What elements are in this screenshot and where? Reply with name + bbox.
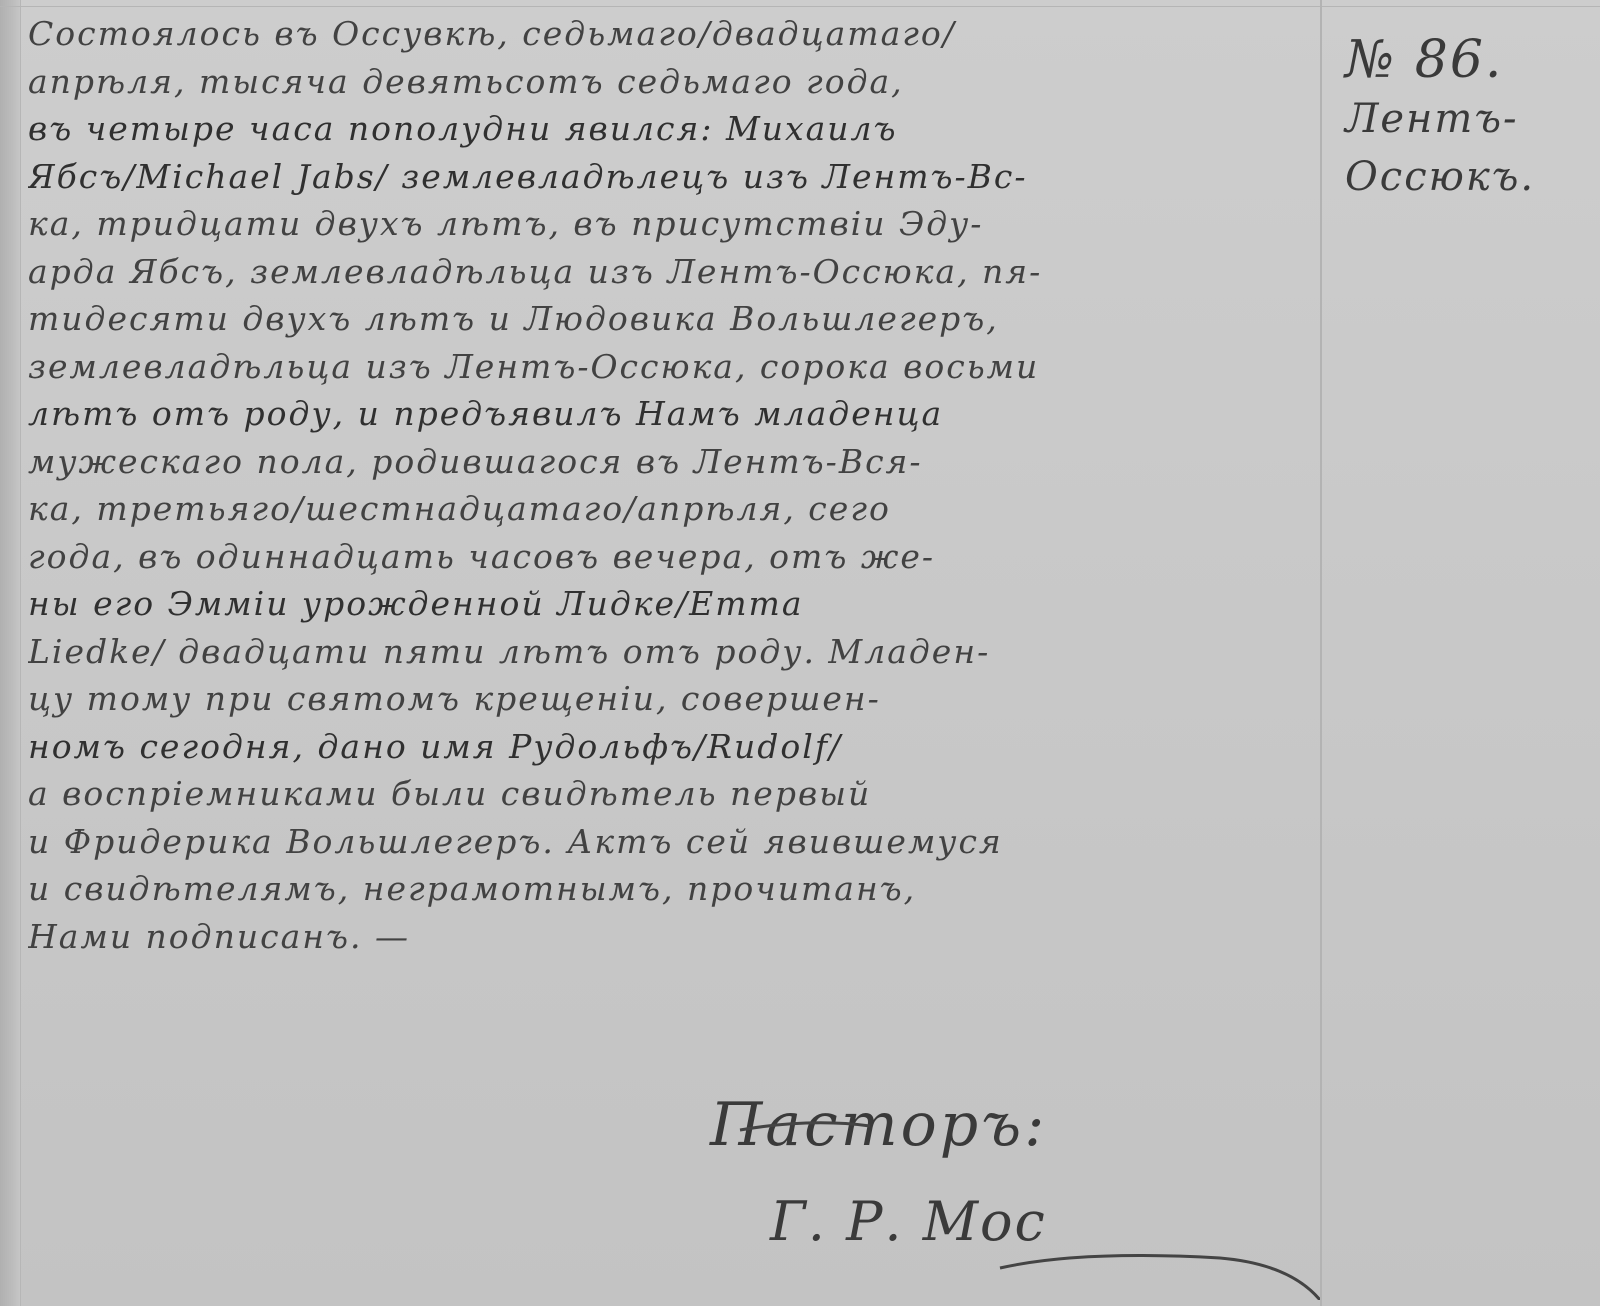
record-body: Состоялось въ Оссувкѣ, седьмаго/двадцата… bbox=[28, 10, 1318, 960]
top-ruled-line bbox=[0, 6, 1600, 7]
record-line-3: въ четыре часа пополудни явился: Михаилъ bbox=[28, 105, 1318, 153]
record-line-14: Liedke/ двадцати пяти лѣтъ отъ роду. Мла… bbox=[28, 628, 1318, 676]
record-line-16: номъ сегодня, дано имя Рудольфъ/Rudolf/ bbox=[28, 723, 1318, 771]
record-line-17: а воспріемниками были свидѣтель первый bbox=[28, 770, 1318, 818]
record-line-20: Нами подписанъ. — bbox=[28, 913, 1318, 961]
record-line-11: ка, третьяго/шестнадцатаго/апрѣля, сего bbox=[28, 485, 1318, 533]
margin-place-line-1: Лентъ- bbox=[1345, 90, 1575, 148]
record-number: № 86. bbox=[1345, 30, 1575, 90]
page-binding-edge bbox=[0, 0, 21, 1306]
record-line-9: лѣтъ отъ роду, и предъявилъ Намъ младенц… bbox=[28, 390, 1318, 438]
record-line-19: и свидѣтелямъ, неграмотнымъ, прочитанъ, bbox=[28, 865, 1318, 913]
record-line-13: ны его Эмміи урожденной Лидке/Emma bbox=[28, 580, 1318, 628]
margin-annotation: № 86. Лентъ- Оссюкъ. bbox=[1345, 30, 1575, 206]
pastor-signature-block: Пасторъ: Г. Р. Мос bbox=[700, 1080, 1320, 1300]
margin-place-line-2: Оссюкъ. bbox=[1345, 148, 1575, 206]
signature-flourish-icon bbox=[700, 1080, 1320, 1300]
record-line-5: ка, тридцати двухъ лѣтъ, въ присутствіи … bbox=[28, 200, 1318, 248]
record-line-8: землевладѣльца изъ Лентъ-Оссюка, сорока … bbox=[28, 343, 1318, 391]
record-line-12: года, въ одиннадцать часовъ вечера, отъ … bbox=[28, 533, 1318, 581]
record-line-7: тидесяти двухъ лѣтъ и Людовика Вольшлеге… bbox=[28, 295, 1318, 343]
record-line-2: апрѣля, тысяча девятьсотъ седьмаго года, bbox=[28, 58, 1318, 106]
document-page: Состоялось въ Оссувкѣ, седьмаго/двадцата… bbox=[0, 0, 1600, 1306]
record-line-4: Ябсъ/Michael Jabs/ землевладѣлецъ изъ Ле… bbox=[28, 153, 1318, 201]
record-line-18: и Фридерика Вольшлегеръ. Актъ сей явивше… bbox=[28, 818, 1318, 866]
margin-ruled-line bbox=[1320, 0, 1322, 1306]
record-line-6: арда Ябсъ, землевладѣльца изъ Лентъ-Оссю… bbox=[28, 248, 1318, 296]
record-line-1: Состоялось въ Оссувкѣ, седьмаго/двадцата… bbox=[28, 10, 1318, 58]
record-line-10: мужескаго пола, родившагося въ Лентъ-Вся… bbox=[28, 438, 1318, 486]
record-line-15: цу тому при святомъ крещеніи, совершен- bbox=[28, 675, 1318, 723]
